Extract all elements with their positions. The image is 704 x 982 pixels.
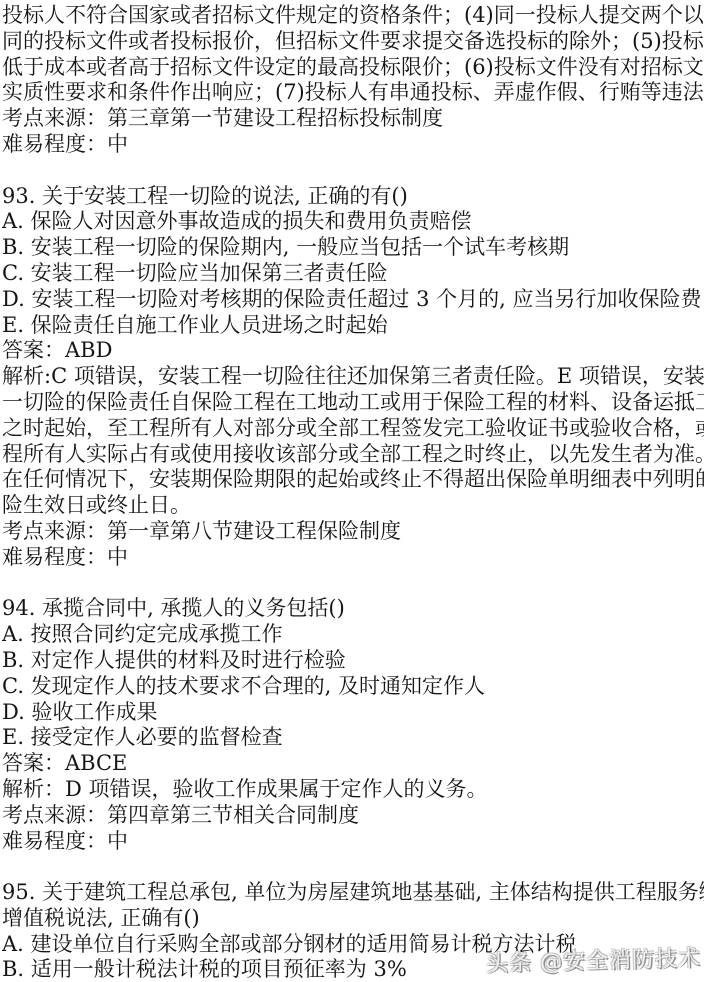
source-line: 考点来源：第四章第三节相关合同制度: [2, 803, 704, 829]
option-line: E. 保险责任自施工作业人员进场之时起始: [2, 313, 704, 339]
option-line: A. 按照合同约定完成承揽工作: [2, 622, 704, 648]
option-line: D. 安装工程一切险对考核期的保险责任超过 3 个月的, 应当另行加收保险费: [2, 287, 704, 313]
analysis-line: 险生效日或终止日。: [2, 493, 704, 519]
block-spacer: [2, 571, 704, 597]
analysis-line: 之时起始，至工程所有人对部分或全部工程签发完工验收证书或验收合格，或工: [2, 416, 704, 442]
toutiao-watermark: 头条 @安全消防技术: [486, 941, 702, 978]
option-line: E. 接受定作人必要的监督检查: [2, 725, 704, 751]
source-line: 考点来源：第三章第一节建设工程招标投标制度: [2, 106, 704, 132]
option-line: A. 保险人对因意外事故造成的损失和费用负责赔偿: [2, 209, 704, 235]
option-line: C. 发现定作人的技术要求不合理的, 及时通知定作人: [2, 674, 704, 700]
source-line: 考点来源：第一章第八节建设工程保险制度: [2, 519, 704, 545]
analysis-line: 一切险的保险责任自保险工程在工地动工或用于保险工程的材料、设备运抵工地: [2, 390, 704, 416]
exam-document-page: { "page": { "background_color": "#ffffff…: [0, 0, 704, 982]
analysis-line: 投标人不符合国家或者招标文件规定的资格条件；(4)同一投标人提交两个以上不: [2, 3, 704, 29]
block-spacer: [2, 158, 704, 184]
option-line: C. 安装工程一切险应当加保第三者责任险: [2, 261, 704, 287]
analysis-line: 实质性要求和条件作出响应；(7)投标人有串通投标、弄虚作假、行贿等违法行为。: [2, 80, 704, 106]
difficulty-line: 难易程度：中: [2, 545, 704, 571]
question-stem-line: 94. 承揽合同中, 承揽人的义务包括(): [2, 596, 704, 622]
analysis-line: 解析：D 项错误，验收工作成果属于定作人的义务。: [2, 777, 704, 803]
option-line: D. 验收工作成果: [2, 700, 704, 726]
analysis-line: 低于成本或者高于招标文件设定的最高投标限价；(6)投标文件没有对招标文件的: [2, 55, 704, 81]
block-spacer: [2, 854, 704, 880]
answer-line: 答案：ABD: [2, 338, 704, 364]
question-stem-line: 95. 关于建筑工程总承包, 单位为房屋建筑地基基础, 主体结构提供工程服务缴纳: [2, 880, 704, 906]
answer-line: 答案：ABCE: [2, 751, 704, 777]
difficulty-line: 难易程度：中: [2, 829, 704, 855]
analysis-line: 解析:C 项错误，安装工程一切险往往还加保第三者责任险。E 项错误，安装工程: [2, 364, 704, 390]
difficulty-line: 难易程度：中: [2, 132, 704, 158]
question-stem-line: 增值税说法, 正确有(): [2, 906, 704, 932]
analysis-line: 程所有人实际占有或使用接收该部分或全部工程之时终止，以先发生者为准。但: [2, 442, 704, 468]
question-stem-line: 93. 关于安装工程一切险的说法, 正确的有(): [2, 184, 704, 210]
analysis-line: 同的投标文件或者投标报价，但招标文件要求提交备选投标的除外；(5)投标报价: [2, 29, 704, 55]
analysis-line: 在任何情况下，安装期保险期限的起始或终止不得超出保险单明细表中列明的保: [2, 467, 704, 493]
option-line: B. 对定作人提供的材料及时进行检验: [2, 648, 704, 674]
document-body: 投标人不符合国家或者招标文件规定的资格条件；(4)同一投标人提交两个以上不同的投…: [0, 0, 704, 982]
option-line: B. 安装工程一切险的保险期内, 一般应当包括一个试车考核期: [2, 235, 704, 261]
